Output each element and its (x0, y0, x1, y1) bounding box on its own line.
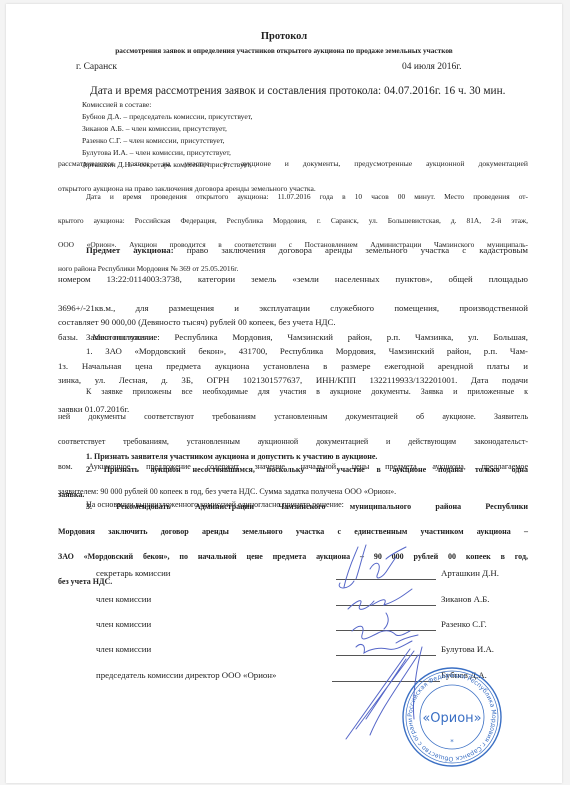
text-line: рассматриваются заявки на участие в аукц… (58, 158, 528, 183)
commission-member: Разенко С.Г. – член комиссии, присутству… (82, 135, 252, 147)
text-line: К заявке приложены все необходимые для у… (58, 386, 528, 411)
signature-name: Арташкин Д.Н. (441, 568, 499, 578)
decision-2-line: 2. Признать аукцион несостоявшимся, поск… (58, 464, 528, 489)
commission-member: Зиканов А.Б. – член комиссии, присутству… (82, 123, 252, 135)
subject-label: Предмет аукциона: (86, 245, 174, 255)
decision-3-line: 3. Рекомендовать Администрации Чамзинско… (58, 501, 528, 526)
signature-role: секретарь комиссии (96, 568, 171, 578)
document-subtitle: рассмотрения заявок и определения участн… (6, 46, 562, 55)
signature-row-member-2: член комиссии Разенко С.Г. (96, 619, 536, 635)
company-stamp-icon: Российская Федерация Республика Мордовия… (401, 666, 503, 768)
signature-name: Зиканов А.Б. (441, 594, 489, 604)
applications-heading: Заявки поступили: (58, 330, 528, 345)
document-title: Протокол (6, 31, 562, 42)
decision-3-line: Мордовия заключить договор аренды земель… (58, 526, 528, 551)
signature-row-secretary: секретарь комиссии Арташкин Д.Н. (96, 568, 536, 584)
commission-heading: Комиссией в составе: (82, 99, 252, 111)
commission-member: Бубнов Д.А. – председатель комиссии, при… (82, 111, 252, 123)
text-line: 1. ЗАО «Мордовский бекон», 431700, Респу… (58, 344, 528, 373)
svg-text:*: * (450, 738, 454, 746)
document-page: Протокол рассмотрения заявок и определен… (6, 4, 562, 783)
decision-1: 1. Признать заявителя участником аукцион… (58, 451, 528, 464)
subject-first-line: право заключения договора аренды земельн… (174, 245, 528, 255)
text-line: Предмет аукциона: право заключения догов… (58, 243, 528, 272)
signature-role: член комиссии (96, 644, 151, 654)
signature-name: Булутова И.А. (441, 644, 494, 654)
text-line: Дата и время проведения открытого аукцио… (58, 191, 528, 215)
signature-role: председатель комиссии директор ООО «Орио… (96, 670, 276, 680)
decision-2-line: заявка. (58, 489, 528, 502)
signature-role: член комиссии (96, 594, 151, 604)
review-datetime: Дата и время рассмотрения заявок и соста… (90, 85, 505, 97)
text-line: составляет 90 000,00 (Девяносто тысяч) р… (58, 315, 528, 330)
document-city: г. Саранск (76, 62, 117, 72)
signature-role: член комиссии (96, 619, 151, 629)
text-line: крытого аукциона: Российская Федерация, … (58, 215, 528, 239)
signature-name: Разенко С.Г. (441, 619, 487, 629)
text-line: номером 13:22:0114003:3738, категории зе… (58, 272, 528, 301)
review-paragraph: рассматриваются заявки на участие в аукц… (58, 158, 528, 196)
stamp-center-text: «Орион» (422, 711, 481, 726)
document-date: 04 июля 2016г. (402, 62, 462, 72)
signature-row-member-1: член комиссии Зиканов А.Б. (96, 594, 536, 610)
text-line: ней документы соответствуют требованиям … (58, 411, 528, 436)
signature-row-member-3: член комиссии Булутова И.А. (96, 644, 536, 660)
